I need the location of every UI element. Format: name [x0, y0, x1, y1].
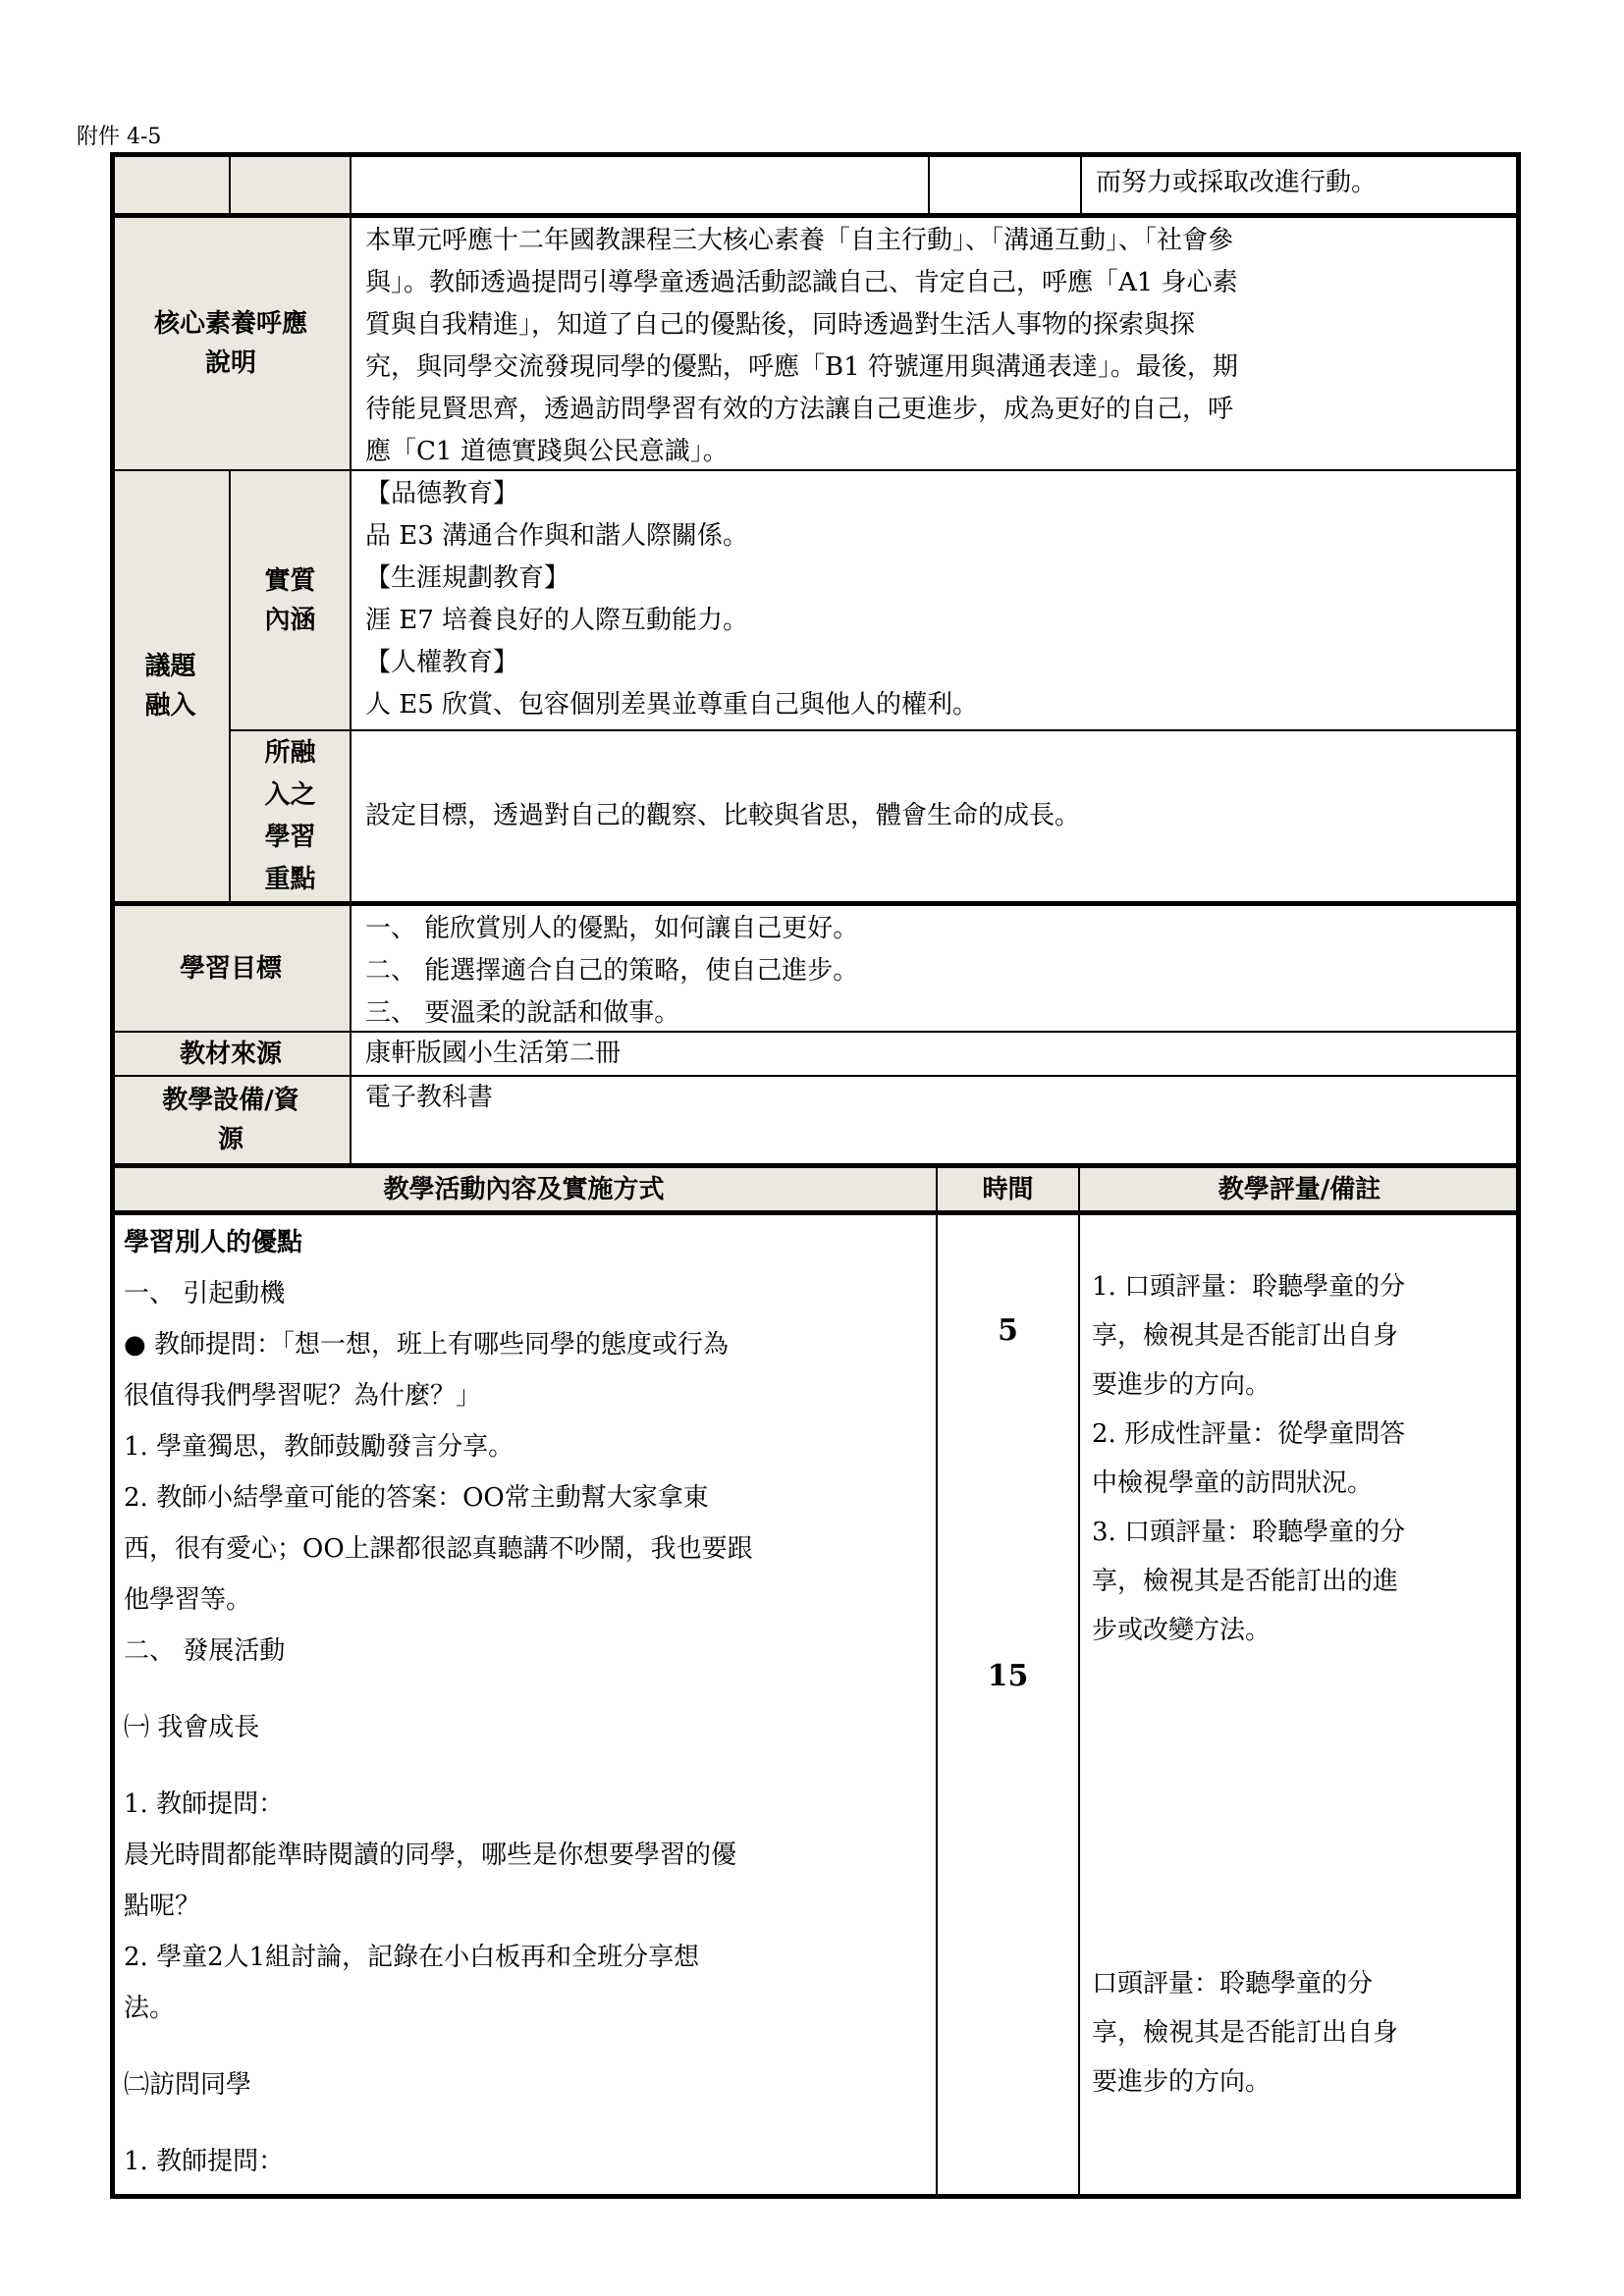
substance-text: 【品德教育】 品 E3 溝通合作與和諧人際關係。 【生涯規劃教育】 涯 E7 培… [350, 469, 1521, 731]
top-row-col4 [928, 152, 1082, 215]
goal-item: 二、 能選擇適合自己的策略，使自己進步。 [365, 950, 1505, 992]
core-competency-text: 本單元呼應十二年國教課程三大核心素養「自主行動」、「溝通互動」、「社會參 與」。… [350, 213, 1521, 471]
learning-goals-list: 一、 能欣賞別人的優點，如何讓自己更好。 二、 能選擇適合自己的策略，使自己進步… [350, 901, 1521, 1033]
materials-label: 教材來源 [110, 1031, 352, 1077]
equipment-value: 電子教科書 [350, 1075, 1521, 1165]
header-assessment: 教學評量/備註 [1078, 1163, 1521, 1212]
top-row-col3 [350, 152, 930, 215]
issues-label: 議題 融入 [110, 469, 231, 903]
goal-item: 三、 要溫柔的說話和做事。 [365, 992, 1505, 1033]
learning-goals-label: 學習目標 [110, 901, 352, 1033]
activity-assessment: 1. 口頭評量：聆聽學童的分 享，檢視其是否能訂出自身 要進步的方向。 2. 形… [1078, 1210, 1521, 2199]
activity-content: 學習別人的優點 一、 引起動機 ● 教師提問：「想一想，班上有哪些同學的態度或行… [110, 1210, 938, 2199]
top-row-col2 [229, 152, 352, 215]
header-time: 時間 [936, 1163, 1080, 1212]
activity-title: 學習別人的優點 [124, 1217, 924, 1268]
substance-label: 實質 內涵 [229, 469, 352, 731]
top-row-text: 而努力或採取改進行動。 [1080, 152, 1521, 215]
time-value-15: 15 [938, 1659, 1078, 1693]
time-value-5: 5 [938, 1313, 1078, 1348]
goal-item: 一、 能欣賞別人的優點，如何讓自己更好。 [365, 908, 1505, 950]
header-content: 教學活動內容及實施方式 [110, 1163, 938, 1212]
core-competency-label: 核心素養呼應 說明 [110, 213, 352, 471]
attachment-label: 附件 4-5 [77, 120, 161, 150]
equipment-label: 教學設備/資 源 [110, 1075, 352, 1165]
focus-text: 設定目標，透過對自己的觀察、比較與省思，體會生命的成長。 [350, 729, 1521, 903]
focus-label: 所融 入之 學習 重點 [229, 729, 352, 903]
activity-time: 5 15 [936, 1210, 1080, 2199]
materials-value: 康軒版國小生活第二冊 [350, 1031, 1521, 1077]
top-row-col1 [110, 152, 231, 215]
